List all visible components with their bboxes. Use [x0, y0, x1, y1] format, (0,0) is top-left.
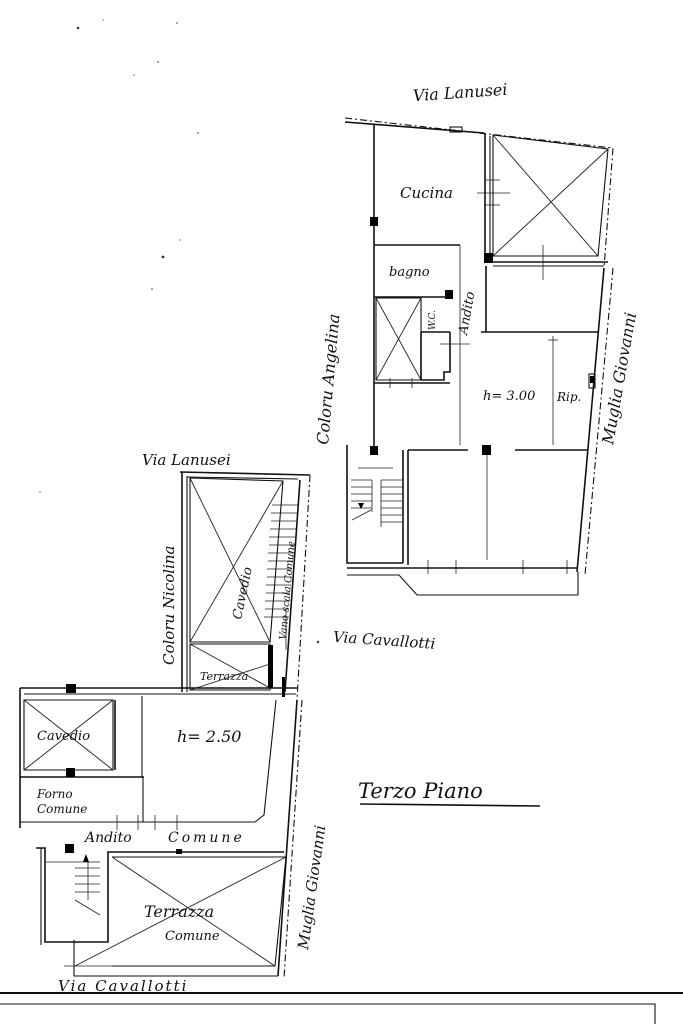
street-label-unit-b-east: Muglia Giovanni [294, 824, 329, 952]
floor-plan-drawing: Via Lanusei Cucina bagno W.C. Andito h= … [0, 0, 683, 1024]
street-label-unit-b-south: Via Cavallotti [58, 977, 188, 995]
room-label-height-a: h= 3.00 [483, 389, 535, 404]
room-label-terrace-common-1: Terrazza [144, 902, 214, 921]
room-label-wc: W.C. [428, 310, 438, 330]
room-label-terrace-small: Terrazza [200, 670, 248, 683]
street-label-unit-b-west: Coloru Nicolina [160, 546, 178, 666]
floor-title-underline [360, 804, 540, 806]
room-label-oven: Forno [36, 787, 73, 801]
street-label-unit-a-north: Via Lanusei [412, 80, 508, 106]
room-label-lightwell-upper: Cavedio [230, 566, 256, 621]
street-label-unit-a-east: Muglia Giovanni [598, 311, 640, 447]
title-block-border [0, 1004, 655, 1024]
room-label-storage: Rip. [556, 390, 581, 404]
room-label-height-b: h= 2.50 [177, 727, 241, 746]
room-label-bathroom: bagno [389, 265, 430, 280]
room-label-common-stairs: Vano scala Comune [278, 541, 298, 641]
unit-a-plan [345, 118, 613, 595]
room-label-terrace-common-2: Comune [165, 929, 220, 944]
room-label-hallway: Andito [456, 290, 478, 336]
room-label-lightwell-lower: Cavedio [37, 729, 90, 744]
room-label-kitchen: Cucina [400, 184, 453, 202]
street-label-unit-b-north: Via Lanusei [142, 451, 231, 469]
street-label-unit-a-south: Via Cavallotti [332, 628, 436, 653]
room-label-oven-common: Comune [37, 802, 87, 816]
room-label-common-hall-1: Andito [83, 830, 132, 846]
floor-title: Terzo Piano [358, 779, 483, 803]
room-label-common-hall-2: Comune [168, 830, 245, 846]
stairs-lower-unit-b [75, 862, 100, 915]
street-label-unit-a-west: Coloru Angelina [313, 313, 343, 445]
